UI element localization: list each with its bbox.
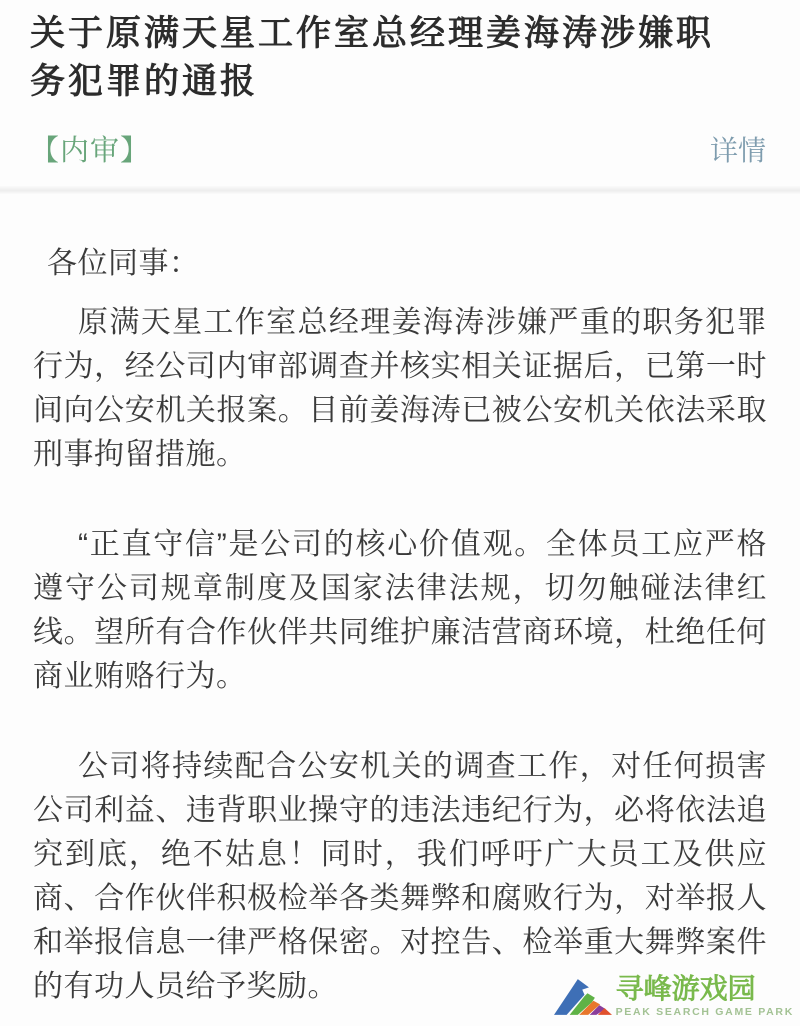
divider bbox=[0, 186, 800, 194]
watermark-text: 寻峰游戏园 PEAK SEARCH GAME PARK bbox=[616, 974, 794, 1018]
paragraph-2: “正直守信”是公司的核心价值观。全体员工应严格遵守公司规章制度及国家法律法规，切… bbox=[33, 523, 767, 699]
detail-link[interactable]: 详情 bbox=[710, 129, 766, 169]
notice-body: 各位同事： 原满天星工作室总经理姜海涛涉嫌严重的职务犯罪行为，经公司内审部调查并… bbox=[0, 194, 800, 1009]
notice-header: 关于原满天星工作室总经理姜海涛涉嫌职务犯罪的通报 【内审】 详情 bbox=[0, 0, 800, 169]
paragraph-1: 原满天星工作室总经理姜海涛涉嫌严重的职务犯罪行为，经公司内审部调查并核实相关证据… bbox=[33, 301, 767, 477]
notice-page: 关于原满天星工作室总经理姜海涛涉嫌职务犯罪的通报 【内审】 详情 各位同事： 原… bbox=[0, 0, 800, 1026]
paragraph-3: 公司将持续配合公安机关的调查工作，对任何损害公司利益、违背职业操守的违法违纪行为… bbox=[33, 745, 767, 1009]
audit-tag: 【内审】 bbox=[30, 128, 150, 169]
meta-row: 【内审】 详情 bbox=[30, 128, 770, 169]
page-title: 关于原满天星工作室总经理姜海涛涉嫌职务犯罪的通报 bbox=[30, 10, 735, 106]
watermark: 寻峰游戏园 PEAK SEARCH GAME PARK bbox=[554, 974, 794, 1018]
watermark-subtitle: PEAK SEARCH GAME PARK bbox=[616, 1006, 794, 1018]
mountain-peak-arrow-icon bbox=[554, 977, 612, 1017]
salutation: 各位同事： bbox=[33, 242, 767, 286]
watermark-title: 寻峰游戏园 bbox=[616, 974, 794, 1004]
